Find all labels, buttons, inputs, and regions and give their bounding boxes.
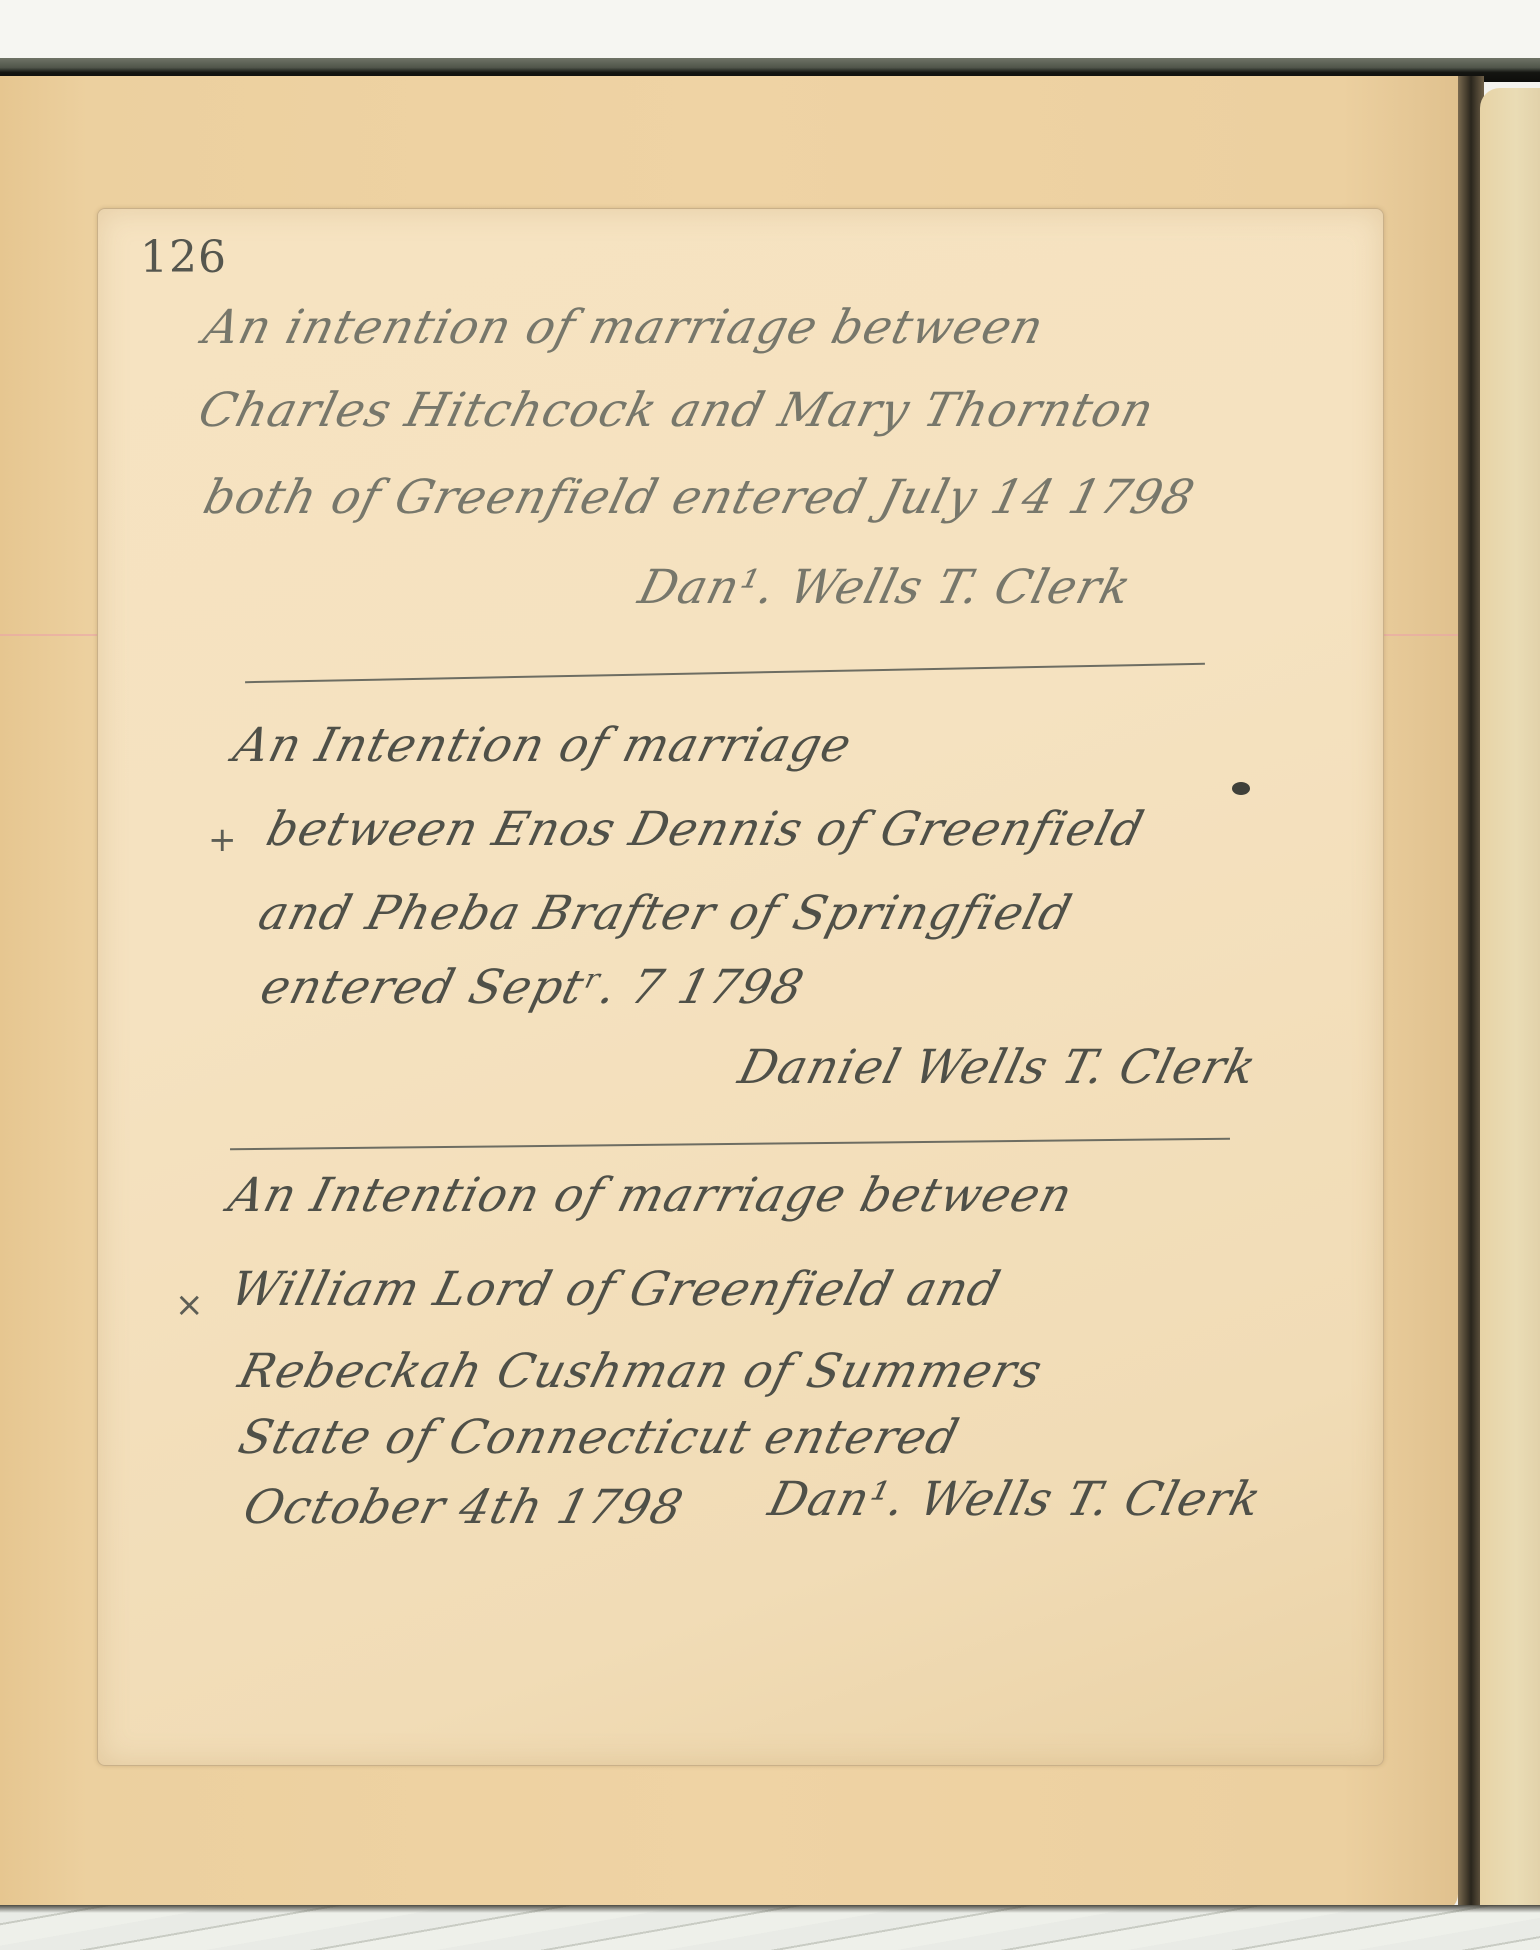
entry-line: An Intention of marriage: [228, 718, 857, 773]
entry-line: An intention of marriage between: [198, 300, 1050, 355]
margin-mark: ×: [175, 1285, 204, 1325]
page-number: 126: [140, 232, 227, 283]
ink-blot: [1232, 782, 1250, 795]
entry-line: An Intention of marriage between: [223, 1168, 1078, 1223]
entry-line: October 4th 1798: [238, 1480, 689, 1535]
facing-page-edge: [1480, 88, 1540, 1910]
entry-line: Charles Hitchcock and Mary Thornton: [193, 383, 1160, 438]
entry-line: entered Septʳ. 7 1798: [255, 960, 809, 1015]
clerk-signature: Daniel Wells T. Clerk: [733, 1040, 1262, 1095]
margin-mark: +: [208, 820, 237, 860]
entry-line: and Pheba Brafter of Springfield: [253, 886, 1077, 941]
entry-line: between Enos Dennis of Greenfield: [261, 802, 1150, 857]
entry-line: Rebeckah Cushman of Summers: [233, 1344, 1048, 1399]
entry-line: William Lord of Greenfield and: [225, 1262, 1006, 1317]
entry-line: State of Connecticut entered: [233, 1410, 965, 1465]
scan-background-top: [0, 0, 1540, 62]
entry-line: both of Greenfield entered July 14 1798: [198, 470, 1200, 525]
clerk-signature: Dan¹. Wells T. Clerk: [763, 1472, 1267, 1527]
scan-background-bottom: [0, 1905, 1540, 1950]
clerk-signature: Dan¹. Wells T. Clerk: [633, 560, 1137, 615]
